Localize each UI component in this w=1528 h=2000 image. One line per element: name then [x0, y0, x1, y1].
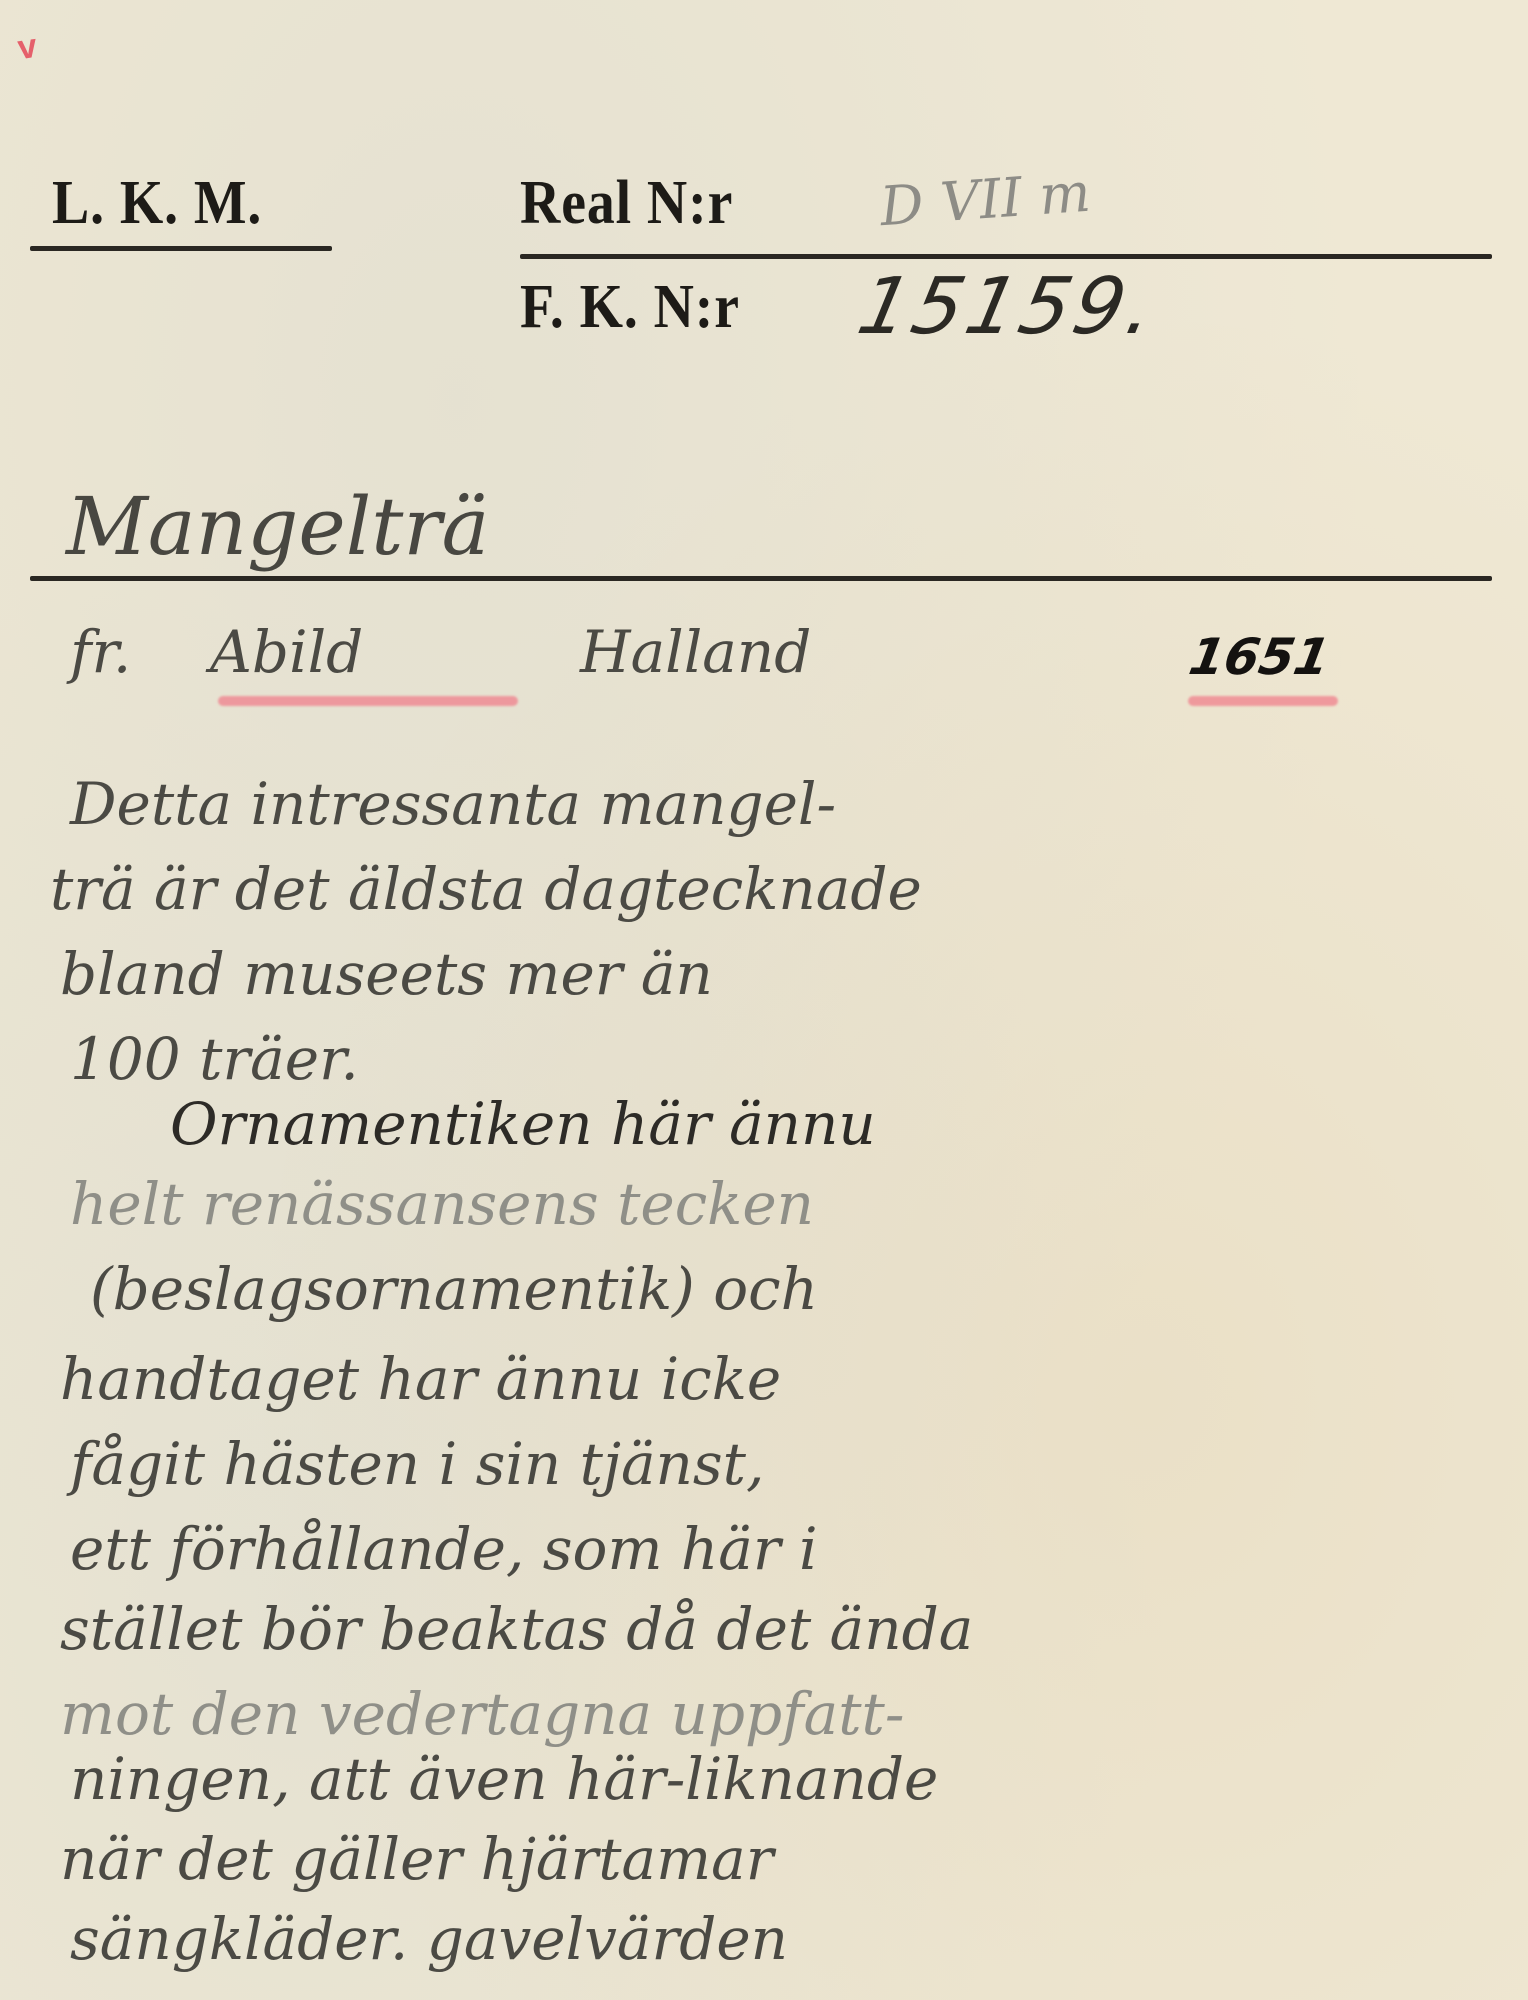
- provenance-region: Halland: [580, 618, 811, 686]
- header-rule: [520, 254, 1492, 259]
- body-line: helt renässansens tecken: [70, 1170, 814, 1238]
- body-line: bland museets mer än: [60, 940, 713, 1008]
- red-check-mark: v: [15, 27, 39, 68]
- body-line: stället bör beaktas då det ända: [60, 1595, 973, 1663]
- real-nr-value: D VII m: [878, 161, 1092, 239]
- museum-label: L. K. M.: [52, 168, 262, 239]
- object-title: Mangelträ: [66, 480, 489, 573]
- provenance-place: Abild: [210, 618, 363, 686]
- body-line: trä är det äldsta dagtecknade: [50, 855, 922, 923]
- provenance-year: 1651: [1185, 628, 1334, 686]
- body-line: ett förhållande, som här i: [70, 1515, 818, 1583]
- fk-nr-value: 15159.: [850, 262, 1166, 352]
- museum-label-rule: [30, 246, 332, 251]
- body-line: fågit hästen i sin tjänst,: [70, 1430, 764, 1498]
- body-line: handtaget har ännu icke: [60, 1345, 781, 1413]
- provenance-prefix: fr.: [70, 618, 131, 686]
- body-line: (beslagsornamentik) och: [90, 1255, 818, 1323]
- body-line: sängkläder. gavelvärden: [70, 1905, 788, 1973]
- year-red-underline: [1188, 696, 1338, 706]
- fk-nr-label: F. K. N:r: [520, 272, 740, 343]
- title-rule: [30, 576, 1492, 581]
- body-line: Detta intressanta mangel-: [70, 770, 836, 838]
- body-line: Ornamentiken här ännu: [170, 1090, 876, 1158]
- place-red-underline: [218, 696, 518, 706]
- body-line: mot den vedertagna uppfatt-: [60, 1680, 904, 1748]
- catalogue-card: v L. K. M. Real N:r D VII m F. K. N:r 15…: [0, 0, 1528, 2000]
- body-line: ningen, att även här-liknande: [70, 1745, 938, 1813]
- body-line: när det gäller hjärtamar: [60, 1825, 773, 1893]
- real-nr-label: Real N:r: [520, 168, 733, 239]
- body-line: 100 träer.: [70, 1025, 359, 1093]
